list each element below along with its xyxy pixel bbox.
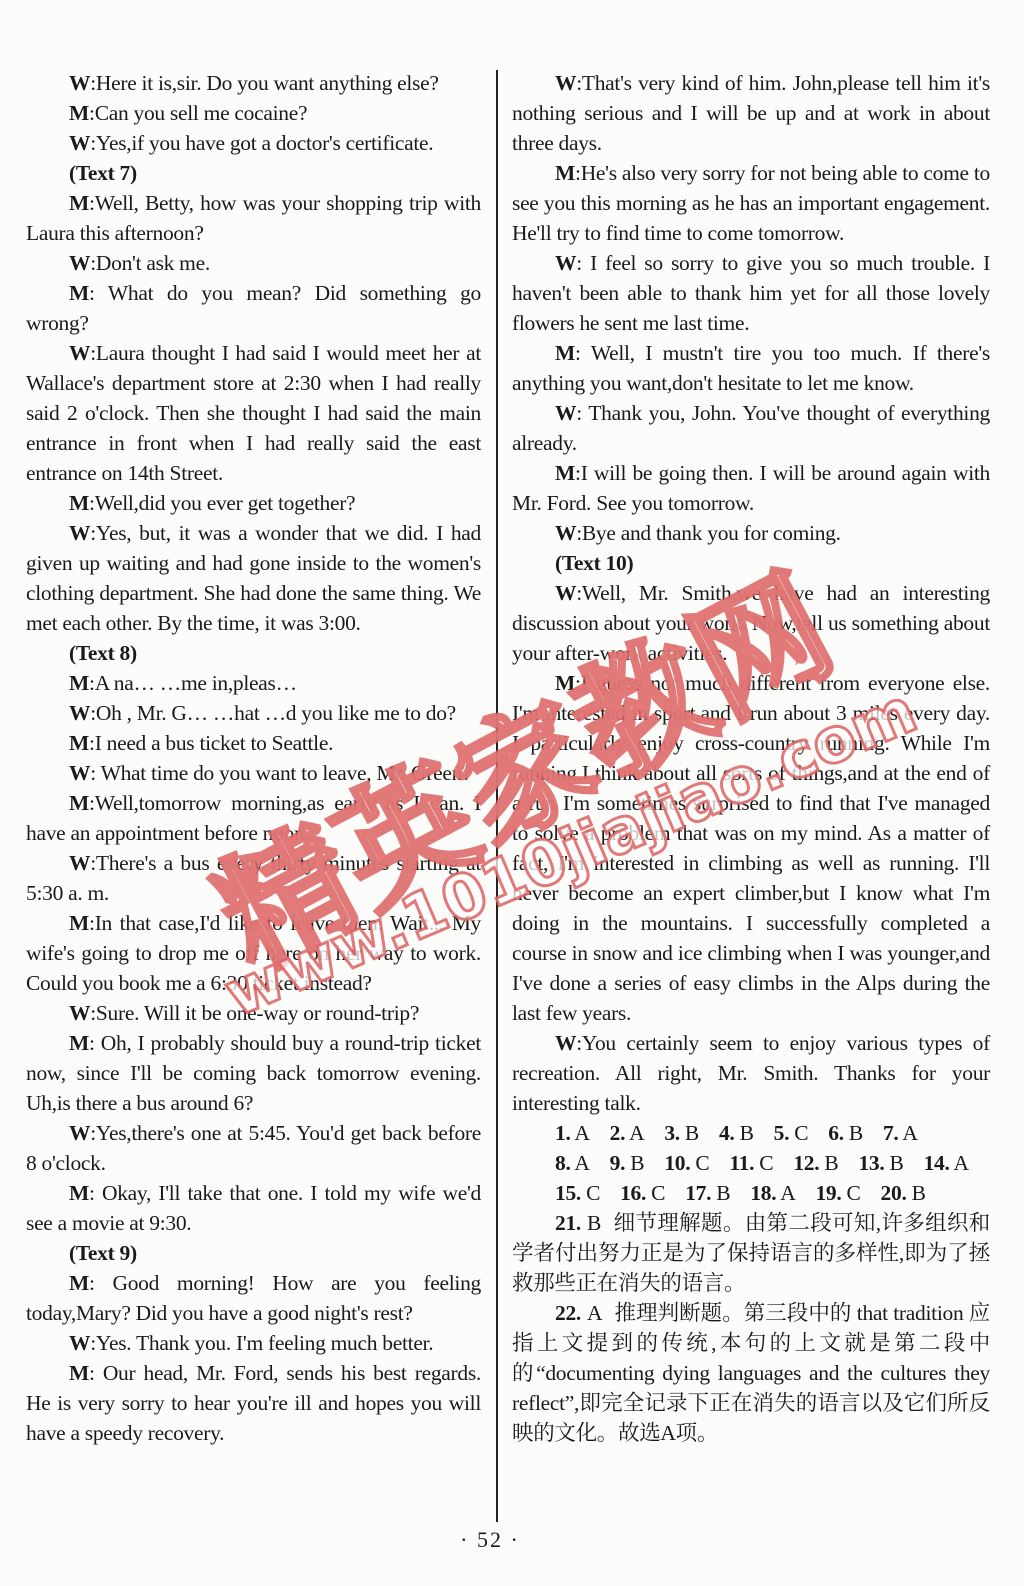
dialogue-line: W:Yes. Thank you. I'm feeling much bette… — [26, 1328, 481, 1358]
speaker-label: W — [69, 1121, 90, 1145]
answer-item: 14. A — [924, 1151, 969, 1175]
explanation-letter: A — [587, 1301, 602, 1325]
answer-explanation: 21.B细节理解题。由第二段可知,许多组织和学者付出努力正是为了保持语言的多样性… — [512, 1208, 990, 1298]
speaker-label: W — [69, 251, 90, 275]
dialogue-line: W:Yes,there's one at 5:45. You'd get bac… — [26, 1118, 481, 1178]
dialogue-text: I feel so sorry to give you so much trou… — [512, 251, 990, 335]
speaker-label: W — [555, 401, 576, 425]
answer-letter: B — [912, 1181, 926, 1205]
answer-letter: A — [574, 1121, 589, 1145]
dialogue-text: Yes, but, it was a wonder that we did. I… — [26, 521, 481, 635]
dialogue-line: M:I guess not much different from everyo… — [512, 668, 990, 1028]
dialogue-text: Well, Betty, how was your shopping trip … — [26, 191, 481, 245]
speaker-label: W — [555, 581, 576, 605]
speaker-label: M — [69, 281, 89, 305]
dialogue-line: M:Well,did you ever get together? — [26, 488, 481, 518]
dialogue-line: W:Here it is,sir. Do you want anything e… — [26, 68, 481, 98]
right-column: W:That's very kind of him. John,please t… — [512, 68, 990, 1448]
dialogue-line: W:There's a bus every thirty minutes sta… — [26, 848, 481, 908]
answer-number: 6. — [828, 1121, 844, 1145]
answer-letter: C — [759, 1151, 773, 1175]
dialogue-text: Laura thought I had said I would meet he… — [26, 341, 481, 485]
answer-letter: A — [780, 1181, 795, 1205]
answer-item: 20. B — [881, 1181, 926, 1205]
speaker-label: W — [555, 251, 576, 275]
speaker-label: M — [69, 1361, 89, 1385]
dialogue-text: Well,did you ever get together? — [95, 491, 356, 515]
dialogue-text: Bye and thank you for coming. — [582, 521, 841, 545]
dialogue-text: Okay, I'll take that one. I told my wife… — [26, 1181, 481, 1235]
answer-number: 12. — [793, 1151, 819, 1175]
dialogue-text: Our head, Mr. Ford, sends his best regar… — [26, 1361, 481, 1445]
text-section-heading: (Text 8) — [26, 638, 481, 668]
dialogue-text: There's a bus every thirty minutes start… — [26, 851, 481, 905]
text-section-heading-label: (Text 9) — [69, 1241, 137, 1265]
text-section-heading-label: (Text 8) — [69, 641, 137, 665]
speaker-label: M — [69, 491, 89, 515]
dialogue-line: M:A na… …me in,pleas… — [26, 668, 481, 698]
dialogue-text: Oh, I probably should buy a round-trip t… — [26, 1031, 481, 1115]
speaker-label: W — [555, 1031, 576, 1055]
scanned-workbook-page: W:Here it is,sir. Do you want anything e… — [0, 0, 1024, 1586]
answer-number: 7. — [883, 1121, 899, 1145]
explanation-text: 细节理解题。由第二段可知,许多组织和学者付出努力正是为了保持语言的多样性,即为了… — [512, 1211, 990, 1295]
dialogue-text: Well, Mr. Smith,we have had an interesti… — [512, 581, 990, 665]
answer-number: 19. — [815, 1181, 841, 1205]
speaker-label: M — [555, 461, 575, 485]
dialogue-line: M:Well,tomorrow morning,as early as I ca… — [26, 788, 481, 848]
dialogue-line: M: Our head, Mr. Ford, sends his best re… — [26, 1358, 481, 1448]
answer-item: 19. C — [815, 1181, 860, 1205]
dialogue-line: W:Sure. Will it be one-way or round-trip… — [26, 998, 481, 1028]
speaker-label: W — [69, 851, 90, 875]
speaker-label: M — [69, 671, 89, 695]
answer-letter: B — [849, 1121, 863, 1145]
dialogue-text: Here it is,sir. Do you want anything els… — [96, 71, 439, 95]
speaker-label: M — [69, 191, 89, 215]
answer-item: 7. A — [883, 1121, 918, 1145]
answer-item: 12. B — [793, 1151, 838, 1175]
dialogue-text: Yes,if you have got a doctor's certifica… — [96, 131, 433, 155]
answer-item: 2. A — [610, 1121, 645, 1145]
dialogue-text: Oh , Mr. G… …hat …d you like me to do? — [96, 701, 456, 725]
speaker-label: M — [69, 791, 89, 815]
dialogue-line: W:Bye and thank you for coming. — [512, 518, 990, 548]
answer-number: 15. — [555, 1181, 581, 1205]
answer-number: 16. — [620, 1181, 646, 1205]
speaker-label: W — [69, 1331, 90, 1355]
dialogue-line: W: Thank you, John. You've thought of ev… — [512, 398, 990, 458]
column-divider — [496, 70, 498, 1522]
answer-item: 10. C — [664, 1151, 709, 1175]
speaker-label: M — [555, 161, 575, 185]
dialogue-text: What do you mean? Did something go wrong… — [26, 281, 481, 335]
answer-letter: C — [794, 1121, 808, 1145]
speaker-label: M — [69, 731, 89, 755]
dialogue-line: W: What time do you want to leave, Mr. G… — [26, 758, 481, 788]
dialogue-line: W:Yes,if you have got a doctor's certifi… — [26, 128, 481, 158]
dialogue-line: M: Okay, I'll take that one. I told my w… — [26, 1178, 481, 1238]
text-section-heading: (Text 7) — [26, 158, 481, 188]
dialogue-line: M: Oh, I probably should buy a round-tri… — [26, 1028, 481, 1118]
answer-number: 8. — [555, 1151, 571, 1175]
answer-number: 1. — [555, 1121, 571, 1145]
dialogue-line: W:Don't ask me. — [26, 248, 481, 278]
dialogue-line: M:Can you sell me cocaine? — [26, 98, 481, 128]
page-number: · 52 · — [402, 1527, 578, 1553]
speaker-label: M — [555, 341, 575, 365]
answer-letter: C — [695, 1151, 709, 1175]
answer-item: 13. B — [858, 1151, 903, 1175]
answer-key-row: 1. A2. A3. B4. B5. C6. B7. A — [512, 1118, 990, 1148]
speaker-label: M — [69, 101, 89, 125]
speaker-label: M — [69, 1181, 89, 1205]
speaker-label: W — [555, 521, 576, 545]
answer-letter: B — [740, 1121, 754, 1145]
dialogue-line: W:That's very kind of him. John,please t… — [512, 68, 990, 158]
answer-item: 9. B — [610, 1151, 645, 1175]
text-section-heading: (Text 10) — [512, 548, 990, 578]
speaker-label: W — [69, 341, 90, 365]
answer-item: 6. B — [828, 1121, 863, 1145]
dialogue-text: Can you sell me cocaine? — [95, 101, 308, 125]
text-section-heading-label: (Text 7) — [69, 161, 137, 185]
answer-number: 11. — [729, 1151, 754, 1175]
answer-letter: A — [574, 1151, 589, 1175]
dialogue-line: M:In that case,I'd like to leave then. W… — [26, 908, 481, 998]
answer-item: 1. A — [555, 1121, 590, 1145]
speaker-label: M — [69, 1031, 89, 1055]
dialogue-line: W: I feel so sorry to give you so much t… — [512, 248, 990, 338]
answer-item: 16. C — [620, 1181, 665, 1205]
dialogue-line: M: What do you mean? Did something go wr… — [26, 278, 481, 338]
explanation-number: 21. — [555, 1211, 581, 1235]
answer-number: 9. — [610, 1151, 626, 1175]
dialogue-text: He's also very sorry for not being able … — [512, 161, 990, 245]
answer-number: 3. — [664, 1121, 680, 1145]
speaker-label: M — [555, 671, 575, 695]
dialogue-line: M: Well, I mustn't tire you too much. If… — [512, 338, 990, 398]
dialogue-text: Don't ask me. — [96, 251, 210, 275]
answer-key-row: 8. A9. B10. C11. C12. B13. B14. A — [512, 1148, 990, 1178]
speaker-label: W — [69, 131, 90, 155]
dialogue-line: M: Good morning! How are you feeling tod… — [26, 1268, 481, 1328]
answer-number: 5. — [774, 1121, 790, 1145]
dialogue-line: W:Laura thought I had said I would meet … — [26, 338, 481, 488]
text-section-heading-label: (Text 10) — [555, 551, 633, 575]
dialogue-text: A na… …me in,pleas… — [95, 671, 297, 695]
answer-letter: B — [630, 1151, 644, 1175]
speaker-label: W — [69, 71, 90, 95]
dialogue-text: Well, I mustn't tire you too much. If th… — [512, 341, 990, 395]
dialogue-line: M:Well, Betty, how was your shopping tri… — [26, 188, 481, 248]
dialogue-text: Sure. Will it be one-way or round-trip? — [96, 1001, 419, 1025]
answer-number: 17. — [685, 1181, 711, 1205]
answer-item: 18. A — [750, 1181, 795, 1205]
dialogue-line: M:I will be going then. I will be around… — [512, 458, 990, 518]
answer-key-row: 15. C16. C17. B18. A19. C20. B — [512, 1178, 990, 1208]
dialogue-text: Well,tomorrow morning,as early as I can.… — [26, 791, 481, 845]
answer-number: 20. — [881, 1181, 907, 1205]
dialogue-line: W:Oh , Mr. G… …hat …d you like me to do? — [26, 698, 481, 728]
dialogue-line: W:Yes, but, it was a wonder that we did.… — [26, 518, 481, 638]
answer-letter: B — [716, 1181, 730, 1205]
left-column: W:Here it is,sir. Do you want anything e… — [26, 68, 481, 1448]
answer-letter: C — [651, 1181, 665, 1205]
answer-letter: B — [824, 1151, 838, 1175]
dialogue-text: Yes. Thank you. I'm feeling much better. — [96, 1331, 433, 1355]
explanation-letter: B — [587, 1211, 601, 1235]
answer-number: 18. — [750, 1181, 776, 1205]
speaker-label: W — [69, 761, 90, 785]
dialogue-text: Yes,there's one at 5:45. You'd get back … — [26, 1121, 481, 1175]
speaker-label: W — [69, 701, 90, 725]
answer-letter: B — [685, 1121, 699, 1145]
dialogue-line: M:I need a bus ticket to Seattle. — [26, 728, 481, 758]
answer-item: 5. C — [774, 1121, 809, 1145]
speaker-label: M — [69, 911, 89, 935]
speaker-label: W — [69, 521, 90, 545]
explanation-text: 推理判断题。第三段中的 that tradition 应指上文提到的传统,本句的… — [512, 1301, 990, 1445]
dialogue-text: I guess not much different from everyone… — [512, 671, 990, 1025]
dialogue-text: I need a bus ticket to Seattle. — [95, 731, 333, 755]
answer-number: 10. — [664, 1151, 690, 1175]
dialogue-text: Good morning! How are you feeling today,… — [26, 1271, 481, 1325]
answer-number: 14. — [924, 1151, 950, 1175]
dialogue-text: In that case,I'd like to leave then. Wai… — [26, 911, 481, 995]
speaker-label: W — [69, 1001, 90, 1025]
answer-letter: B — [890, 1151, 904, 1175]
dialogue-text: You certainly seem to enjoy various type… — [512, 1031, 990, 1115]
answer-letter: A — [902, 1121, 917, 1145]
speaker-label: W — [555, 71, 576, 95]
answer-letter: A — [629, 1121, 644, 1145]
answer-item: 8. A — [555, 1151, 590, 1175]
answer-number: 13. — [858, 1151, 884, 1175]
dialogue-line: W:You certainly seem to enjoy various ty… — [512, 1028, 990, 1118]
answer-item: 4. B — [719, 1121, 754, 1145]
answer-explanation: 22.A推理判断题。第三段中的 that tradition 应指上文提到的传统… — [512, 1298, 990, 1448]
dialogue-line: M:He's also very sorry for not being abl… — [512, 158, 990, 248]
speaker-label: M — [69, 1271, 89, 1295]
text-section-heading: (Text 9) — [26, 1238, 481, 1268]
answer-number: 4. — [719, 1121, 735, 1145]
answer-letter: C — [586, 1181, 600, 1205]
answer-number: 2. — [610, 1121, 626, 1145]
answer-letter: A — [953, 1151, 968, 1175]
dialogue-text: What time do you want to leave, Mr. Gree… — [96, 761, 471, 785]
answer-item: 3. B — [664, 1121, 699, 1145]
answer-item: 15. C — [555, 1181, 600, 1205]
dialogue-text: I will be going then. I will be around a… — [512, 461, 990, 515]
answer-item: 11. C — [729, 1151, 773, 1175]
dialogue-line: W:Well, Mr. Smith,we have had an interes… — [512, 578, 990, 668]
answer-letter: C — [847, 1181, 861, 1205]
answer-item: 17. B — [685, 1181, 730, 1205]
explanation-number: 22. — [555, 1301, 581, 1325]
dialogue-text: Thank you, John. You've thought of every… — [512, 401, 990, 455]
dialogue-text: That's very kind of him. John,please tel… — [512, 71, 990, 155]
